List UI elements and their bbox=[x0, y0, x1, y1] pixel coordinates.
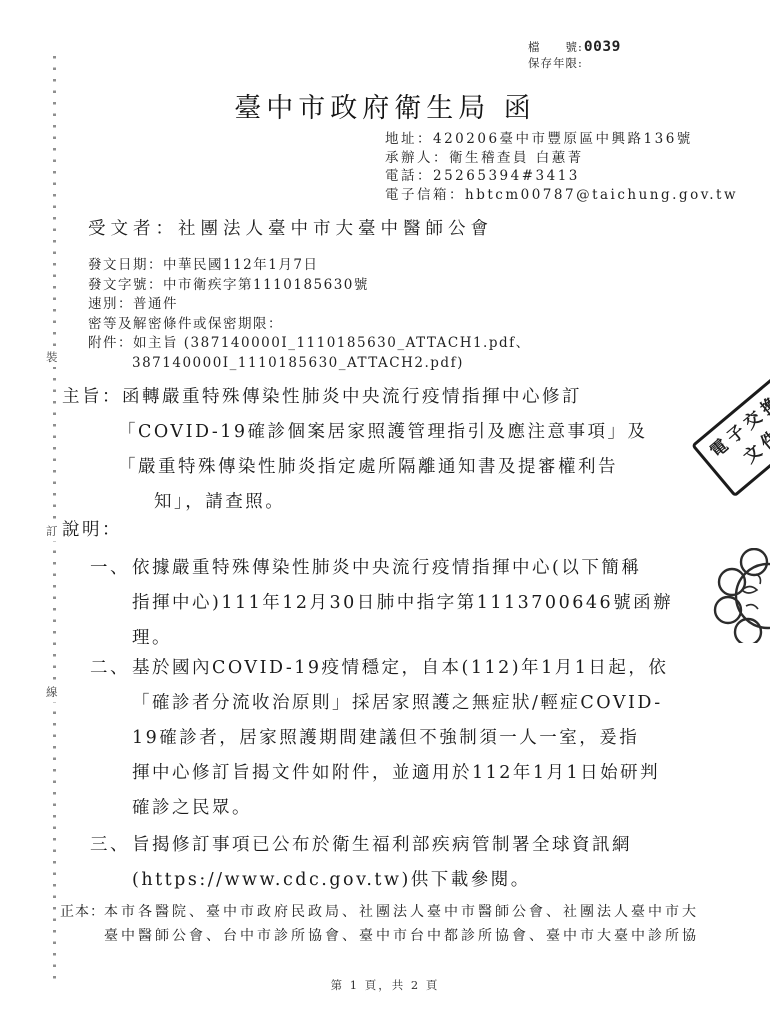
file-number-row: 檔 號:0039 bbox=[528, 37, 621, 55]
binding-mark-xian: 線 bbox=[46, 682, 58, 702]
item-2-number: 二、 bbox=[90, 651, 132, 686]
binding-mark-ding: 訂 bbox=[46, 521, 58, 541]
page-footer: 第 1 頁，共 2 頁 bbox=[0, 977, 770, 993]
item-3-line-1: 三、旨揭修訂事項已公布於衛生福利部疾病管制署全球資訊網 bbox=[90, 828, 632, 863]
explanation-item-2: 二、基於國內COVID-19疫情穩定，自本(112)年1月1日起，依 「確診者分… bbox=[90, 651, 668, 826]
item-3-number: 三、 bbox=[90, 828, 132, 863]
copy-label: 正本： bbox=[60, 901, 104, 925]
explanation-item-3: 三、旨揭修訂事項已公布於衛生福利部疾病管制署全球資訊網 (https://www… bbox=[90, 828, 632, 898]
retention-label: 保存年限: bbox=[528, 55, 621, 70]
item-2-line-1: 二、基於國內COVID-19疫情穩定，自本(112)年1月1日起，依 bbox=[90, 651, 668, 686]
item-2-line-3: 19確診者，居家照護期間建議但不強制須一人一室，爰指 bbox=[132, 721, 668, 756]
binding-dotted-line bbox=[53, 56, 56, 981]
copy-text-1: 本市各醫院、臺中市政府民政局、社團法人臺中市醫師公會、社團法人臺中市大 bbox=[104, 904, 699, 920]
item-2-line-2: 「確診者分流收治原則」採居家照護之無症狀/輕症COVID- bbox=[132, 686, 668, 721]
subject-text-1: 函轉嚴重特殊傳染性肺炎中央流行疫情指揮中心修訂 bbox=[122, 387, 582, 407]
contact-block: 地址：420206臺中市豐原區中興路136號 承辦人：衛生稽查員 白蕙菁 電話：… bbox=[385, 130, 738, 204]
contact-officer: 承辦人：衛生稽查員 白蕙菁 bbox=[385, 149, 738, 168]
item-2-text-1: 基於國內COVID-19疫情穩定，自本(112)年1月1日起，依 bbox=[132, 658, 668, 678]
subject-section: 主旨：函轉嚴重特殊傳染性肺炎中央流行疫情指揮中心修訂 「COVID-19確診個案… bbox=[62, 380, 648, 520]
item-1-line-2: 指揮中心)111年12月30日肺中指字第1113700646號函辦 bbox=[132, 586, 673, 621]
file-number-label: 檔 號: bbox=[528, 39, 583, 55]
attachment-line-1: 附件：如主旨 (387140000I_1110185630_ATTACH1.pd… bbox=[88, 334, 531, 354]
item-3-text-1: 旨揭修訂事項已公布於衛生福利部疾病管制署全球資訊網 bbox=[132, 835, 632, 855]
subject-line-3: 「嚴重特殊傳染性肺炎指定處所隔離通知書及提審權利告 bbox=[118, 450, 648, 485]
copy-line-1: 正本：本市各醫院、臺中市政府民政局、社團法人臺中市醫師公會、社團法人臺中市大 bbox=[60, 901, 699, 925]
file-number-value: 0039 bbox=[584, 39, 621, 55]
explanation-item-1: 一、依據嚴重特殊傳染性肺炎中央流行疫情指揮中心(以下簡稱 指揮中心)111年12… bbox=[90, 551, 673, 656]
copy-section: 正本：本市各醫院、臺中市政府民政局、社團法人臺中市醫師公會、社團法人臺中市大 臺… bbox=[60, 901, 699, 948]
recipient-line: 受文者：社團法人臺中市大臺中醫師公會 bbox=[88, 215, 493, 240]
item-2-line-5: 確診之民眾。 bbox=[132, 791, 668, 826]
official-seal-partial-icon bbox=[708, 548, 770, 643]
item-1-number: 一、 bbox=[90, 551, 132, 586]
subject-line-2: 「COVID-19確診個案居家照護管理指引及應注意事項」及 bbox=[118, 415, 648, 450]
archive-block: 檔 號:0039 保存年限: bbox=[528, 37, 621, 70]
contact-address: 地址：420206臺中市豐原區中興路136號 bbox=[385, 130, 738, 149]
subject-line-1: 主旨：函轉嚴重特殊傳染性肺炎中央流行疫情指揮中心修訂 bbox=[62, 380, 648, 415]
copy-line-2: 臺中醫師公會、台中市診所協會、臺中市台中都診所協會、臺中市大臺中診所協 bbox=[104, 925, 699, 949]
issue-date: 發文日期：中華民國112年1月7日 bbox=[88, 256, 531, 276]
meta-block: 發文日期：中華民國112年1月7日 發文字號：中市衛疾字第1110185630號… bbox=[88, 256, 531, 373]
subject-line-4: 知」，請查照。 bbox=[154, 485, 648, 520]
contact-phone: 電話：25265394#3413 bbox=[385, 167, 738, 186]
binding-mark-zhuang: 裝 bbox=[46, 347, 58, 367]
attachment-line-2: 387140000I_1110185630_ATTACH2.pdf) bbox=[132, 354, 531, 374]
explanation-label: 說明： bbox=[62, 516, 122, 541]
speed-class: 速別：普通件 bbox=[88, 295, 531, 315]
contact-email: 電子信箱：hbtcm00787@taichung.gov.tw bbox=[385, 186, 738, 205]
scanned-official-letter: 檔 號:0039 保存年限: 臺中市政府衛生局 函 地址：420206臺中市豐原… bbox=[0, 0, 770, 1024]
subject-label: 主旨： bbox=[62, 380, 122, 415]
electronic-exchange-stamp: 電子交換 文件 bbox=[691, 375, 770, 498]
item-1-line-1: 一、依據嚴重特殊傳染性肺炎中央流行疫情指揮中心(以下簡稱 bbox=[90, 551, 673, 586]
document-title: 臺中市政府衛生局 函 bbox=[0, 86, 770, 125]
secrecy-line: 密等及解密條件或保密期限： bbox=[88, 315, 531, 335]
doc-number: 發文字號：中市衛疾字第1110185630號 bbox=[88, 276, 531, 296]
item-1-text-1: 依據嚴重特殊傳染性肺炎中央流行疫情指揮中心(以下簡稱 bbox=[132, 558, 641, 578]
item-3-line-2: (https://www.cdc.gov.tw)供下載參閱。 bbox=[132, 863, 632, 898]
item-2-line-4: 揮中心修訂旨揭文件如附件，並適用於112年1月1日始研判 bbox=[132, 756, 668, 791]
